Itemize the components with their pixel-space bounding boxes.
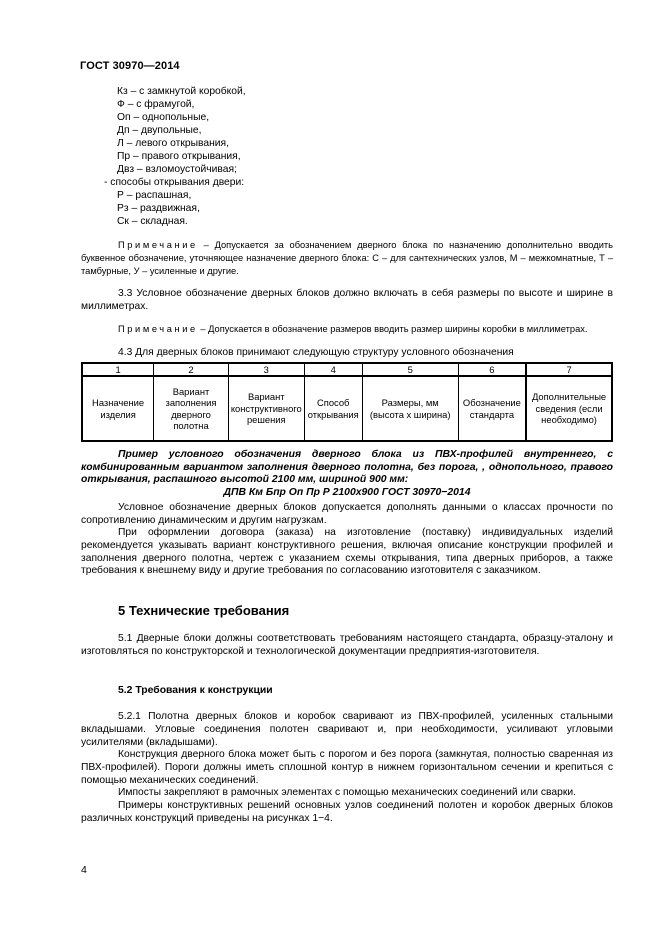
example-text: Пример условного обозначения дверного бл… <box>81 449 613 487</box>
table-cell: 5 <box>362 363 458 376</box>
paragraph-order: При оформлении договора (заказа) на изго… <box>81 527 613 578</box>
list-item: Оп – однопольные, <box>80 111 246 124</box>
table-cell: Вариант заполнения дверного полотна <box>154 376 229 441</box>
table-cell: Способ открывания <box>304 376 362 441</box>
note-sizes: Примечание – Допускается в обозначение р… <box>81 323 613 336</box>
paragraph-examples: Примеры конструктивных решений основных … <box>81 800 613 826</box>
table-cell: Назначение изделия <box>82 376 154 441</box>
designation-list: Кз – с замкнутой коробкой, Ф – с фрамуго… <box>80 85 246 228</box>
note-label: Примечание <box>118 240 198 250</box>
table-cell: Размеры, мм (высота х ширина) <box>362 376 458 441</box>
paragraph-5-2-1: 5.2.1 Полотна дверных блоков и коробок с… <box>81 711 613 749</box>
list-item: Ф – с фрамугой, <box>80 98 246 111</box>
table-cell: Обозначение стандарта <box>458 376 526 441</box>
paragraph-threshold: Конструкция дверного блока может быть с … <box>81 749 613 787</box>
section-5-title: 5 Технические требования <box>118 603 289 618</box>
designation-structure-table: 1 2 3 4 5 6 7 Назначение изделия Вариант… <box>81 362 613 442</box>
paragraph-imposts: Импосты закрепляют в рамочных элементах … <box>81 787 613 800</box>
page-number: 4 <box>81 864 87 876</box>
document-header: ГОСТ 30970—2014 <box>80 60 180 72</box>
list-item: Кз – с замкнутой коробкой, <box>80 85 246 98</box>
list-item: Дп – двупольные, <box>80 124 246 137</box>
table-cell: 2 <box>154 363 229 376</box>
table-header-row: 1 2 3 4 5 6 7 <box>82 363 612 376</box>
list-item: Р – распашная, <box>80 189 246 202</box>
table-cell: 3 <box>228 363 304 376</box>
table-cell: Дополнительные сведения (если необходимо… <box>526 376 612 441</box>
list-item: Л – левого открывания, <box>80 137 246 150</box>
paragraph-5-1: 5.1 Дверные блоки должны соответствовать… <box>81 633 613 659</box>
note-text: – Допускается в обозначение размеров вво… <box>198 324 588 334</box>
table-cell: Вариант конструктивного решения <box>228 376 304 441</box>
section-5-2-title: 5.2 Требования к конструкции <box>118 685 273 696</box>
note-label: Примечание <box>118 324 198 334</box>
designation-example: Пример условного обозначения дверного бл… <box>81 449 613 499</box>
note-purpose: Примечание – Допускается за обозначением… <box>81 239 613 277</box>
list-item: Ск – складная. <box>80 215 246 228</box>
table-cell: 1 <box>82 363 154 376</box>
list-item: Двз – взломоустойчивая; <box>80 163 246 176</box>
paragraph-4-3: 4.3 Для дверных блоков принимают следующ… <box>81 347 613 360</box>
table-cell: 7 <box>526 363 612 376</box>
list-item: Пр – правого открывания, <box>80 150 246 163</box>
table-row: Назначение изделия Вариант заполнения дв… <box>82 376 612 441</box>
list-subheading: - способы открывания двери: <box>80 176 246 189</box>
paragraph-3-3: 3.3 Условное обозначение дверных блоков … <box>81 288 613 314</box>
list-item: Рз – раздвижная, <box>80 202 246 215</box>
example-code: ДПВ Км Бпр Оп Пр Р 2100х900 ГОСТ 30970−2… <box>81 487 613 500</box>
paragraph-strength: Условное обозначение дверных блоков допу… <box>81 502 613 528</box>
table-cell: 4 <box>304 363 362 376</box>
table-cell: 6 <box>458 363 526 376</box>
